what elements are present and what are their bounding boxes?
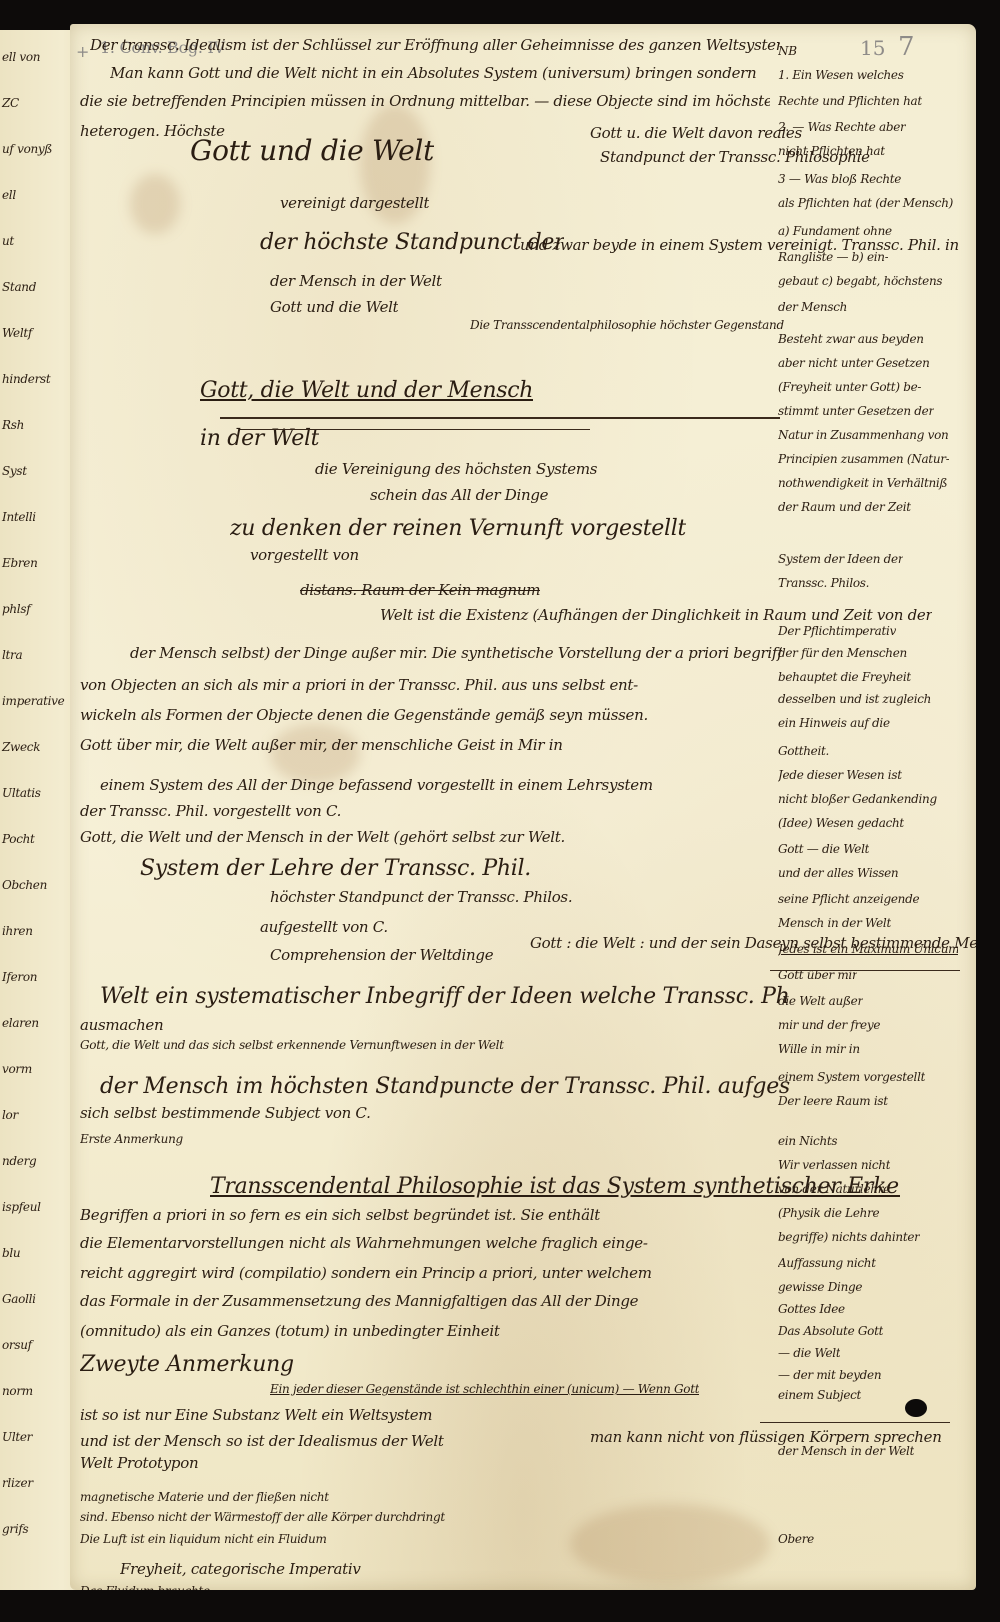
manuscript-line: von Objecten an sich als mir a priori in… [80, 676, 638, 694]
manuscript-line: vorgestellt von [250, 546, 359, 564]
margin-note-line: Jedes ist ein Maximum Unicum [778, 942, 958, 956]
manuscript-line: das Formale in der Zusammensetzung des M… [80, 1292, 638, 1310]
manuscript-line: ist so ist nur Eine Substanz Welt ein We… [80, 1406, 432, 1424]
margin-note-line: Das Absolute Gott [778, 1324, 883, 1338]
fragment-line: ZC [2, 96, 19, 110]
manuscript-line: und ist der Mensch so ist der Idealismus… [80, 1432, 444, 1450]
manuscript-line: magnetische Materie und der fließen nich… [80, 1490, 329, 1504]
fragment-line: lor [2, 1108, 18, 1122]
manuscript-line: höchster Standpunct der Transsc. Philos. [270, 888, 572, 906]
manuscript-line: die sie betreffenden Principien müssen i… [80, 92, 770, 110]
manuscript-line: zu denken der reinen Vernunft vorgestell… [230, 516, 686, 541]
manuscript-line: Erste Anmerkung [80, 1132, 183, 1146]
fragment-line: phlsf [2, 602, 30, 616]
margin-note-line: aber nicht unter Gesetzen [778, 356, 930, 370]
manuscript-line: Die Transscendentalphilosophie höchster … [470, 318, 784, 332]
fragment-line: vorm [2, 1062, 32, 1076]
margin-note-line: System der Ideen der [778, 552, 903, 566]
manuscript-line: einem System des All der Dinge befassend… [100, 776, 653, 794]
manuscript-line: der Transsc. Phil. vorgestellt von C. [80, 802, 341, 820]
fragment-line: ut [2, 234, 14, 248]
margin-note-line: — die Welt [778, 1346, 840, 1360]
margin-note-line: ein Nichts [778, 1134, 837, 1148]
manuscript-line: die Elementarvorstellungen nicht als Wah… [80, 1234, 648, 1252]
fragment-line: ihren [2, 924, 33, 938]
margin-note-line: einem Subject [778, 1388, 861, 1402]
manuscript-line: der Mensch in der Welt [270, 272, 442, 290]
fragment-line: Ultatis [2, 786, 41, 800]
margin-note-line: seine Pflicht anzeigende [778, 892, 919, 906]
margin-note-line: Wille in mir in [778, 1042, 860, 1056]
fragment-line: Obchen [2, 878, 47, 892]
margin-note-line: der Mensch [778, 300, 847, 314]
fragment-line: orsuf [2, 1338, 32, 1352]
margin-note-line: Principien zusammen (Natur- [778, 452, 949, 466]
margin-note-line: (Idee) Wesen gedacht [778, 816, 904, 830]
margin-note-line: Gottheit. [778, 744, 829, 758]
fragment-line: ell [2, 188, 16, 202]
manuscript-line: der höchste Standpunct der [260, 230, 564, 255]
fragment-line: rlizer [2, 1476, 33, 1490]
fragment-line: Pocht [2, 832, 35, 846]
fragment-line: ltra [2, 648, 22, 662]
manuscript-line: Ein jeder dieser Gegenstände ist schlech… [270, 1382, 699, 1396]
margin-note-line: gebaut c) begabt, höchstens [778, 274, 942, 288]
manuscript-line: wickeln als Formen der Objecte denen die… [80, 706, 648, 724]
margin-note-line: gewisse Dinge [778, 1280, 862, 1294]
fragment-line: Iferon [2, 970, 37, 984]
manuscript-line: Gott u. die Welt davon reales [590, 124, 802, 142]
manuscript-line: vereinigt dargestellt [280, 194, 429, 212]
margin-note-line: Rangliste — b) ein- [778, 250, 888, 264]
manuscript-line: Gott und die Welt [270, 298, 398, 316]
margin-note-line: Wir verlassen nicht [778, 1158, 890, 1172]
fragment-line: Weltf [2, 326, 32, 340]
margin-note-line: Natur in Zusammenhang von [778, 428, 948, 442]
fragment-line: nderg [2, 1154, 36, 1168]
fragment-line: ispfeul [2, 1200, 41, 1214]
manuscript-line: Man kann Gott und die Welt nicht in ein … [110, 64, 756, 82]
margin-note-line: der Raum und der Zeit [778, 500, 911, 514]
manuscript-line: Welt ein systematischer Inbegriff der Id… [100, 984, 790, 1009]
fragment-line: Intelli [2, 510, 36, 524]
fragment-line: Gaolli [2, 1292, 36, 1306]
manuscript-line: aufgestellt von C. [260, 918, 388, 936]
margin-note-line: Gott — die Welt [778, 842, 869, 856]
manuscript-line: Das Fluidum brauchte [80, 1584, 210, 1590]
manuscript-line: Gott, die Welt und der Mensch in der Wel… [80, 828, 565, 846]
margin-note-line: — der mit beyden [778, 1368, 881, 1382]
manuscript-line: die Vereinigung des höchsten Systems [315, 460, 597, 478]
fragment-line: imperative [2, 694, 64, 708]
manuscript-line: schein das All der Dinge [370, 486, 548, 504]
margin-note-line: Mensch in der Welt [778, 916, 891, 930]
margin-note-line: von der Naturlehre [778, 1182, 890, 1196]
manuscript-line: distans. Raum der Kein magnum [300, 581, 540, 599]
manuscript-line: Begriffen a priori in so fern es ein sic… [80, 1206, 600, 1224]
manuscript-line: Zweyte Anmerkung [80, 1352, 294, 1377]
plus-mark: + [76, 42, 89, 61]
manuscript-line: (omnitudo) als ein Ganzes (totum) in unb… [80, 1322, 500, 1340]
margin-note-line: nicht bloßer Gedankending [778, 792, 937, 806]
folio-number-1: 15 [860, 36, 885, 60]
margin-note-line: Besteht zwar aus beyden [778, 332, 924, 346]
margin-note-line: Der leere Raum ist [778, 1094, 888, 1108]
manuscript-line: Gott und die Welt [190, 134, 434, 167]
manuscript-line: Die Luft ist ein liquidum nicht ein Flui… [80, 1532, 327, 1546]
fragment-line: Zweck [2, 740, 40, 754]
manuscript-line: der Mensch selbst) der Dinge außer mir. … [130, 644, 782, 662]
margin-note-line: 2. — Was Rechte aber [778, 120, 906, 134]
manuscript-line: Gott, die Welt und das sich selbst erken… [80, 1038, 504, 1052]
margin-note-line: der für den Menschen [778, 646, 907, 660]
margin-note-line: Obere [778, 1532, 814, 1546]
margin-note-line: die Welt außer [778, 994, 863, 1008]
margin-note-line: stimmt unter Gesetzen der [778, 404, 934, 418]
manuscript-line: Gott über mir, die Welt außer mir, der m… [80, 736, 563, 754]
manuscript-line: sind. Ebenso nicht der Wärmestoff der al… [80, 1510, 445, 1524]
margin-note-line: Der Pflichtimperativ [778, 624, 896, 638]
margin-note-line: als Pflichten hat (der Mensch) [778, 196, 953, 210]
manuscript-line: Welt Prototypon [80, 1454, 198, 1472]
margin-note-line: NB [778, 44, 797, 58]
margin-note-line: desselben und ist zugleich [778, 692, 931, 706]
manuscript-sheet: + 1. Conv. Bog. IV 15 7 Der transsc. Ide… [70, 24, 976, 1590]
fragment-line: elaren [2, 1016, 39, 1030]
fragment-line: ell von [2, 50, 40, 64]
margin-note-line: Auffassung nicht [778, 1256, 876, 1270]
fragment-line: Ebren [2, 556, 38, 570]
margin-note-line: 1. Ein Wesen welches [778, 68, 904, 82]
fragment-line: Stand [2, 280, 36, 294]
manuscript-line: reicht aggregirt wird (compilatio) sonde… [80, 1264, 652, 1282]
margin-note-line: Rechte und Pflichten hat [778, 94, 922, 108]
margin-note-line: nicht Pflichten hat [778, 144, 885, 158]
margin-note-line: (Physik die Lehre [778, 1206, 879, 1220]
margin-note-line: a) Fundament ohne [778, 224, 892, 238]
fragment-line: uf vonyß [2, 142, 52, 156]
margin-note-line: Transsc. Philos. [778, 576, 869, 590]
manuscript-line: Freyheit, categorische Imperativ [120, 1560, 361, 1578]
fragment-line: norm [2, 1384, 33, 1398]
margin-note-line: einem System vorgestellt [778, 1070, 925, 1084]
margin-note-line: der Mensch in der Welt [778, 1444, 914, 1458]
manuscript-line: sich selbst bestimmende Subject von C. [80, 1104, 371, 1122]
manuscript-line: System der Lehre der Transsc. Phil. [140, 856, 531, 881]
fragment-line: grifs [2, 1522, 28, 1536]
margin-note-line: und der alles Wissen [778, 866, 898, 880]
margin-note-line: behauptet die Freyheit [778, 670, 911, 684]
manuscript-line: Der transsc. Idealism ist der Schlüssel … [90, 36, 780, 54]
margin-note-line: 3 — Was bloß Rechte [778, 172, 901, 186]
margin-note-line: Jede dieser Wesen ist [778, 768, 902, 782]
fragment-line: Ulter [2, 1430, 32, 1444]
manuscript-line: Gott, die Welt und der Mensch [200, 378, 533, 403]
margin-note-line: (Freyheit unter Gott) be- [778, 380, 921, 394]
fragment-line: Syst [2, 464, 27, 478]
manuscript-line: und zwar beyde in einem System vereinigt… [520, 236, 959, 254]
margin-note-line: ein Hinweis auf die [778, 716, 890, 730]
margin-note-line: nothwendigkeit in Verhältniß [778, 476, 947, 490]
fragment-line: blu [2, 1246, 20, 1260]
manuscript-line: Welt ist die Existenz (Aufhängen der Din… [380, 606, 932, 624]
fragment-line: Rsh [2, 418, 24, 432]
margin-note-line: Gottes Idee [778, 1302, 845, 1316]
margin-note-line: mir und der freye [778, 1018, 880, 1032]
manuscript-line: Comprehension der Weltdinge [270, 946, 493, 964]
fragment-line: hinderst [2, 372, 50, 386]
folio-number-2: 7 [898, 32, 915, 62]
manuscript-line: ausmachen [80, 1016, 163, 1034]
manuscript-line: der Mensch im höchsten Standpuncte der T… [100, 1074, 790, 1099]
margin-note-line: begriffe) nichts dahinter [778, 1230, 920, 1244]
